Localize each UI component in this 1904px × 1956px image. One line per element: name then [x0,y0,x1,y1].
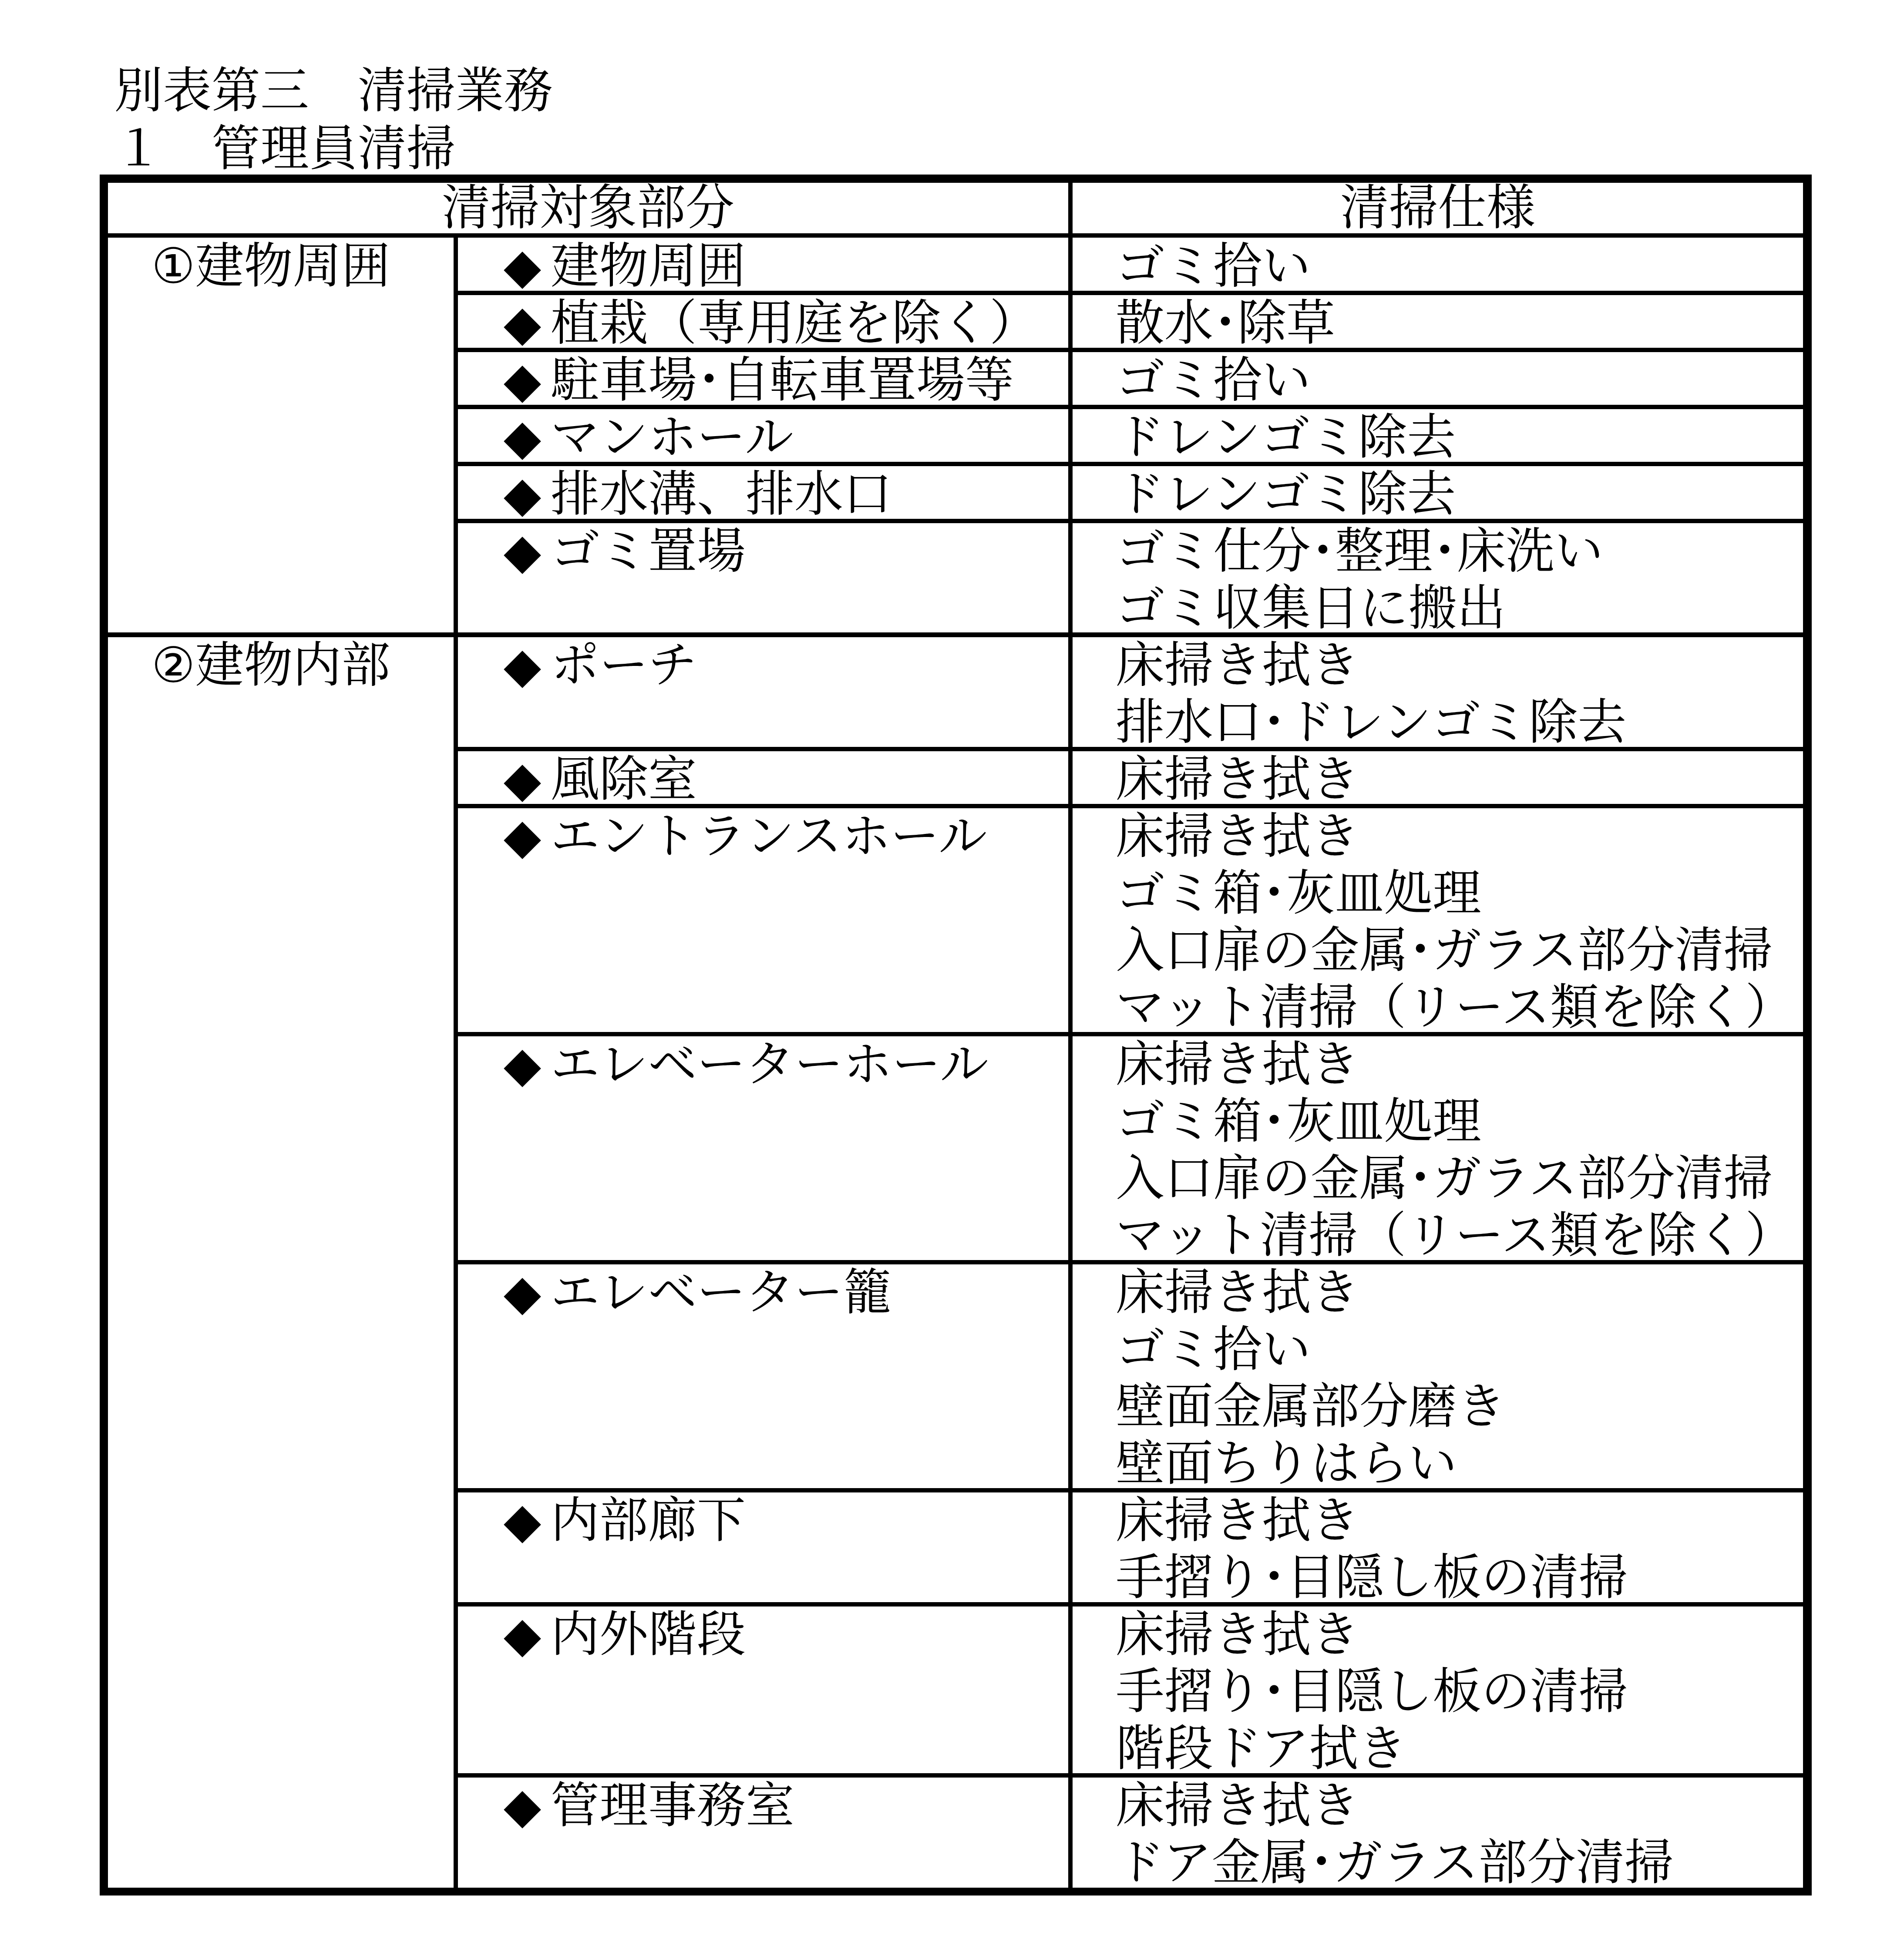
spec-line: 床掃き拭き [1116,1777,1673,1834]
target-label: 管理事務室 [551,1778,794,1833]
spec-cell: 床掃き拭きドア金属･ガラス部分清掃 [1116,1777,1673,1891]
spec-line: ゴミ拾い [1116,238,1311,295]
spec-line: ゴミ箱･灰皿処理 [1116,865,1794,922]
target-cell: ◆エレベーター籠 [504,1264,892,1321]
spec-cell: ドレンゴミ除去 [1116,409,1456,466]
target-label: エレベーター籠 [551,1265,892,1320]
spec-cell: ゴミ拾い [1116,238,1311,295]
target-label: 排水溝、排水口 [551,467,892,521]
section-label-text: ①建物周囲 [151,238,390,295]
spec-line: 壁面ちりはらい [1116,1435,1506,1492]
target-cell: ◆内外階段 [504,1606,746,1663]
spec-line: ゴミ拾い [1116,1321,1506,1378]
spec-line: 散水･除草 [1116,295,1335,352]
target-label: エレベーターホール [551,1037,989,1092]
spec-cell: 床掃き拭きゴミ拾い壁面金属部分磨き壁面ちりはらい [1116,1264,1506,1492]
spec-line: 壁面金属部分磨き [1116,1378,1506,1435]
target-label: ポーチ [551,638,697,692]
spec-line: マット清掃（リース類を除く） [1116,979,1794,1036]
spec-line: 床掃き拭き [1116,751,1359,808]
header-spec: 清掃仕様 [1073,183,1803,233]
header-divider [1068,183,1073,238]
target-cell: ◆管理事務室 [504,1777,794,1834]
spec-line: ドレンゴミ除去 [1116,409,1456,466]
target-cell: ◆内部廊下 [504,1492,746,1549]
diamond-bullet-icon: ◆ [504,295,551,352]
document-title: 別表第三 清掃業務 [114,62,553,119]
diamond-bullet-icon: ◆ [504,352,551,409]
diamond-bullet-icon: ◆ [504,523,551,580]
diamond-bullet-icon: ◆ [504,751,551,808]
spec-line: ゴミ仕分･整理･床洗い [1116,523,1603,580]
spec-line: ドア金属･ガラス部分清掃 [1116,1834,1673,1891]
diamond-bullet-icon: ◆ [504,409,551,466]
cleaning-table: 清掃対象部分 清掃仕様 ①建物周囲◆建物周囲ゴミ拾い◆植栽（専用庭を除く）散水･… [100,175,1812,1896]
target-label: 建物周囲 [551,239,746,293]
section-rule [108,632,1803,637]
target-cell: ◆ゴミ置場 [504,523,746,580]
target-cell: ◆建物周囲 [504,238,746,295]
spec-line: ゴミ収集日に搬出 [1116,580,1603,637]
section-label: ②建物内部 [151,637,390,694]
spec-cell: 床掃き拭きゴミ箱･灰皿処理入口扉の金属･ガラス部分清掃マット清掃（リース類を除く… [1116,808,1794,1036]
spec-line: ゴミ拾い [1116,352,1311,409]
spec-line: ドレンゴミ除去 [1116,466,1456,523]
spec-cell: 床掃き拭きゴミ箱･灰皿処理入口扉の金属･ガラス部分清掃マット清掃（リース類を除く… [1116,1036,1794,1264]
diamond-bullet-icon: ◆ [504,808,551,865]
target-cell: ◆エレベーターホール [504,1036,989,1093]
target-cell: ◆駐車場･自転車置場等 [504,352,1014,409]
target-cell: ◆ポーチ [504,637,697,694]
spec-line: 床掃き拭き [1116,1606,1628,1663]
target-label: マンホール [551,410,794,464]
spec-cell: 散水･除草 [1116,295,1335,352]
spec-line: 入口扉の金属･ガラス部分清掃 [1116,922,1794,979]
diamond-bullet-icon: ◆ [504,1606,551,1663]
diamond-bullet-icon: ◆ [504,1036,551,1093]
diamond-bullet-icon: ◆ [504,1492,551,1549]
section-label-text: ②建物内部 [151,637,390,694]
spec-cell: 床掃き拭き手摺り･目隠し板の清掃階段ドア拭き [1116,1606,1628,1777]
target-label: エントランスホール [551,809,987,864]
spec-line: 床掃き拭き [1116,637,1626,694]
target-cell: ◆植栽（専用庭を除く） [504,295,1038,352]
spec-cell: ゴミ拾い [1116,352,1311,409]
target-cell: ◆風除室 [504,751,697,808]
spec-cell: 床掃き拭き排水口･ドレンゴミ除去 [1116,637,1626,751]
column-divider-1 [454,238,458,1888]
diamond-bullet-icon: ◆ [504,1777,551,1834]
target-label: 駐車場･自転車置場等 [551,353,1014,407]
target-label: 内部廊下 [551,1493,746,1548]
diamond-bullet-icon: ◆ [504,1264,551,1321]
section-title: １ 管理員清掃 [114,120,455,177]
spec-cell: 床掃き拭き [1116,751,1359,808]
spec-line: 手摺り･目隠し板の清掃 [1116,1663,1628,1720]
spec-line: 床掃き拭き [1116,1264,1506,1321]
target-cell: ◆エントランスホール [504,808,987,865]
column-divider-2 [1068,238,1073,1888]
target-label: 植栽（専用庭を除く） [551,296,1038,350]
target-label: 内外階段 [551,1607,746,1662]
diamond-bullet-icon: ◆ [504,238,551,295]
diamond-bullet-icon: ◆ [504,637,551,694]
spec-line: 床掃き拭き [1116,808,1794,865]
spec-cell: ドレンゴミ除去 [1116,466,1456,523]
target-cell: ◆排水溝、排水口 [504,466,892,523]
target-label: ゴミ置場 [551,524,746,578]
header-rule [108,233,1803,238]
section-label: ①建物周囲 [151,238,390,295]
diamond-bullet-icon: ◆ [504,466,551,523]
spec-line: 入口扉の金属･ガラス部分清掃 [1116,1150,1794,1207]
target-label: 風除室 [551,752,697,807]
spec-line: 床掃き拭き [1116,1036,1794,1093]
spec-line: マット清掃（リース類を除く） [1116,1207,1794,1264]
spec-cell: 床掃き拭き手摺り･目隠し板の清掃 [1116,1492,1628,1606]
spec-line: 手摺り･目隠し板の清掃 [1116,1549,1628,1606]
spec-line: ゴミ箱･灰皿処理 [1116,1093,1794,1150]
header-target: 清掃対象部分 [108,183,1068,233]
spec-line: 階段ドア拭き [1116,1720,1628,1777]
spec-line: 排水口･ドレンゴミ除去 [1116,694,1626,751]
target-cell: ◆マンホール [504,409,794,466]
spec-cell: ゴミ仕分･整理･床洗いゴミ収集日に搬出 [1116,523,1603,637]
spec-line: 床掃き拭き [1116,1492,1628,1549]
